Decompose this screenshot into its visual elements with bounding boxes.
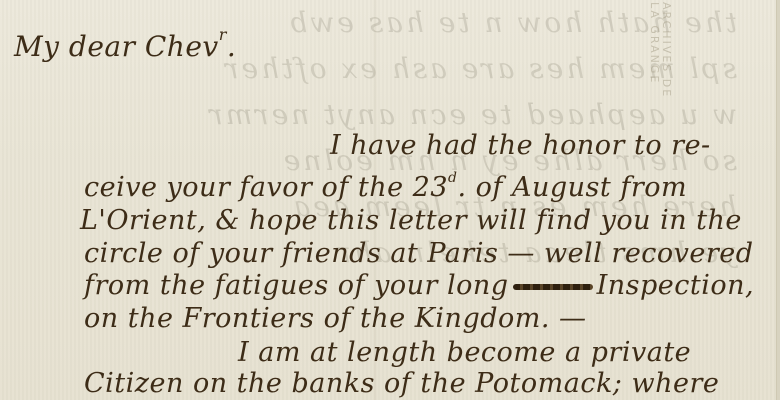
letter-page: the hath how n te has ewb spl mem hes ar… xyxy=(0,0,777,400)
line-text: from the fatigues of your long xyxy=(84,270,509,301)
archive-stamp: ARCHIVES DE LA GRANGE xyxy=(628,2,672,102)
letter-line-3: L'Orient, & hope this letter will find y… xyxy=(80,205,742,236)
paper-edge xyxy=(776,0,780,400)
salutation-text: My dear Chev xyxy=(14,30,219,63)
letter-line-1: I have had the honor to re- xyxy=(330,130,711,161)
line-text: Inspection, xyxy=(597,270,755,301)
salutation-superscript: r xyxy=(219,25,227,44)
letter-line-4: circle of your friends at Paris — well r… xyxy=(84,238,754,269)
line-text: . of August from xyxy=(457,172,687,203)
letter-line-7: I am at length become a private xyxy=(238,337,691,368)
letter-line-6: on the Frontiers of the Kingdom. — xyxy=(84,303,587,334)
struck-out-word xyxy=(513,284,593,290)
salutation: My dear Chevr. xyxy=(14,30,236,63)
line-text: ceive your favor of the 23 xyxy=(84,172,448,203)
letter-line-2: ceive your favor of the 23d. of August f… xyxy=(84,172,687,203)
letter-line-8: Citizen on the banks of the Potomack; wh… xyxy=(84,368,719,399)
date-superscript: d xyxy=(448,170,457,186)
salutation-period: . xyxy=(227,30,236,63)
letter-line-5: from the fatigues of your longInspection… xyxy=(84,270,754,301)
